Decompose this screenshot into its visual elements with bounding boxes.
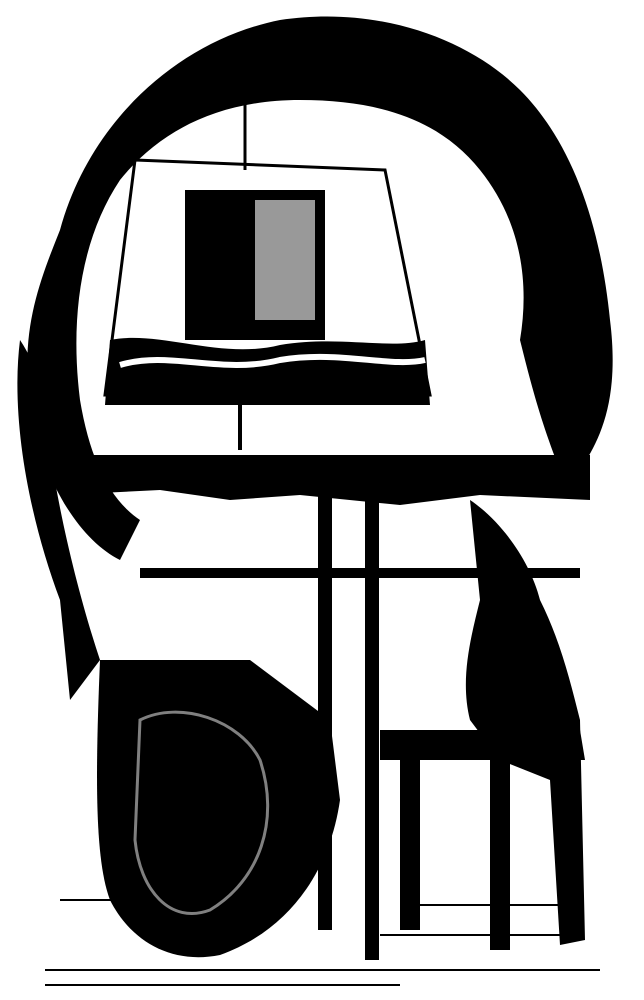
post-right [365, 490, 379, 960]
illustration [0, 0, 644, 1000]
